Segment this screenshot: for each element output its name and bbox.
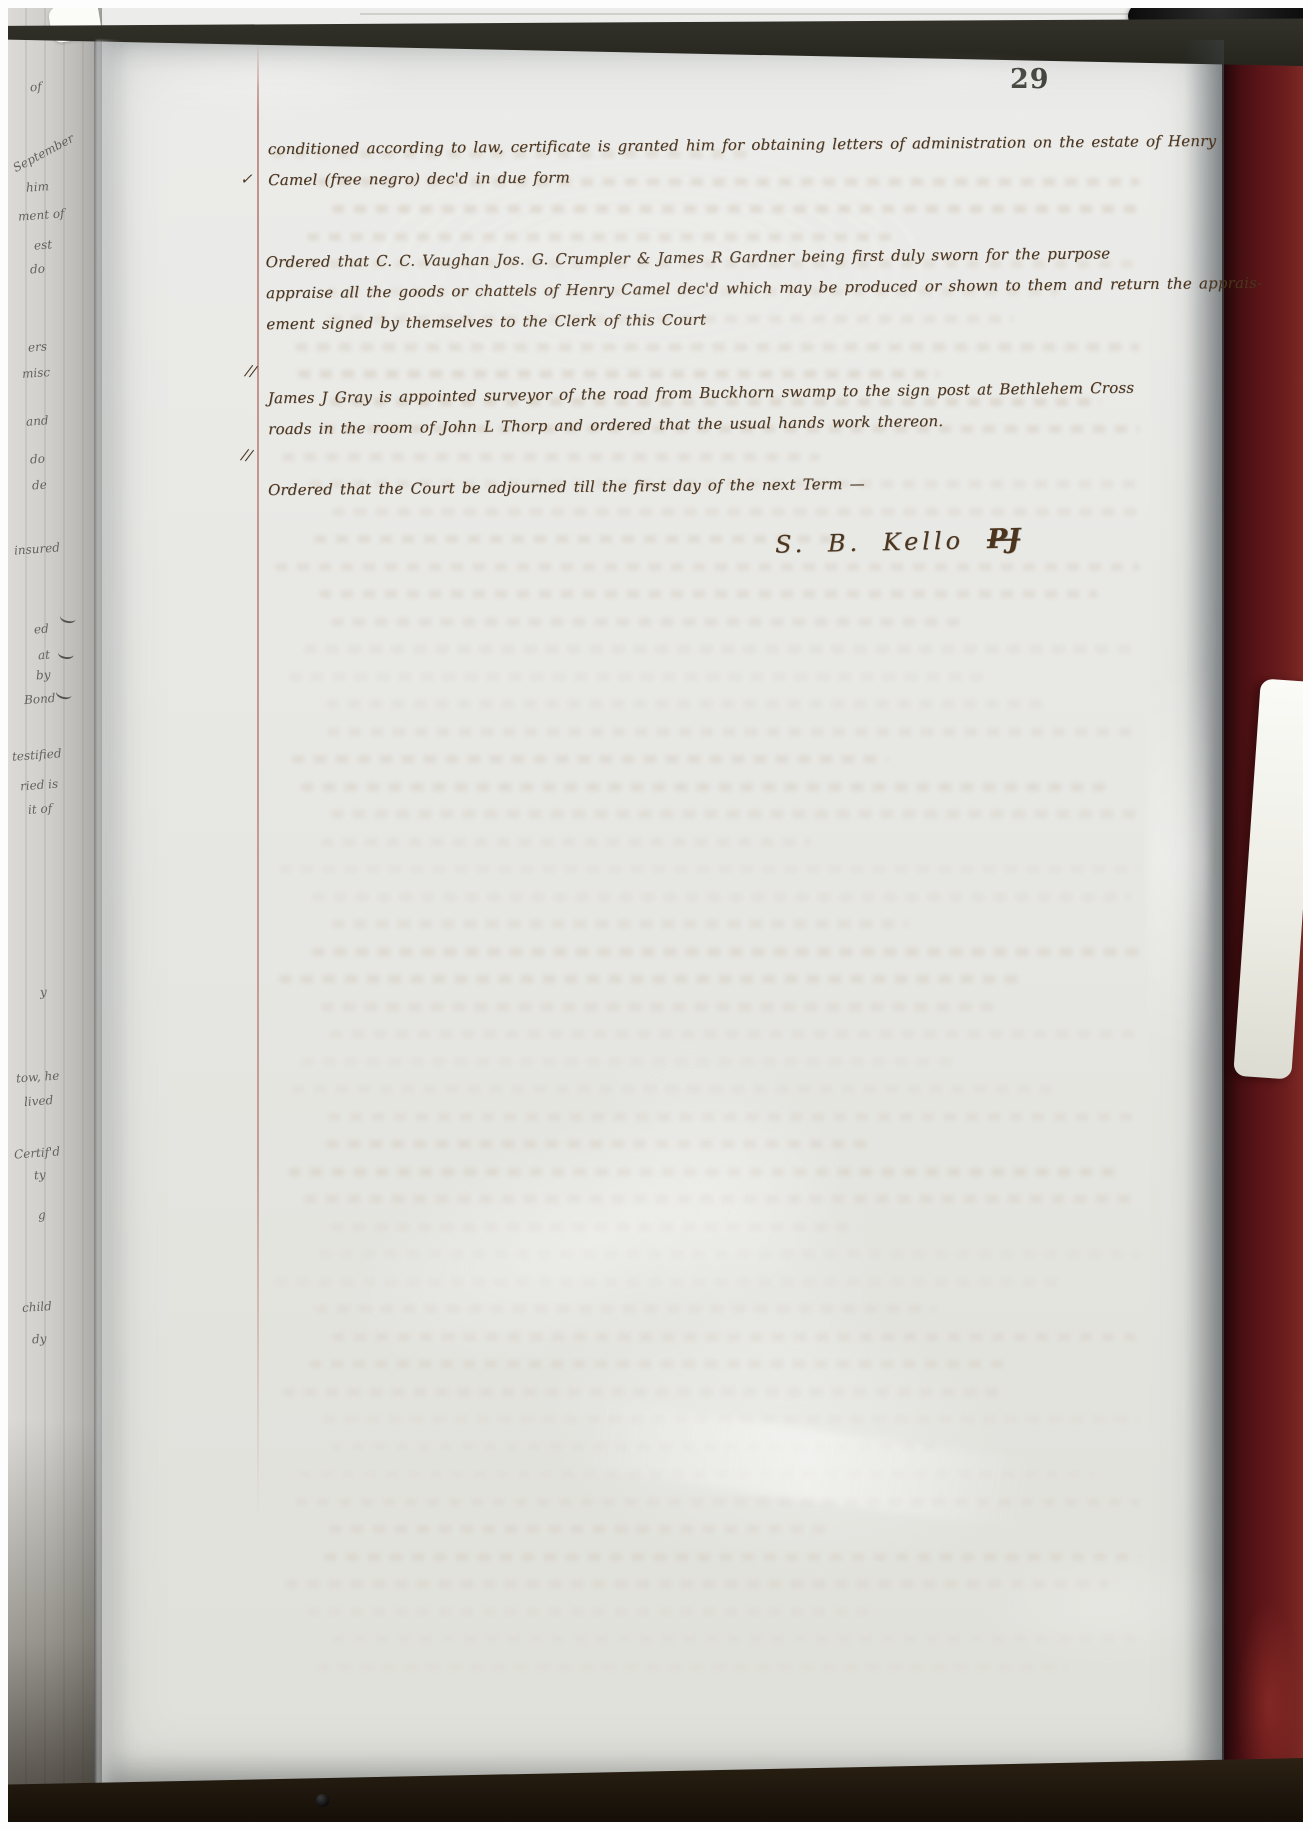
margin-rule-line [257, 44, 259, 1524]
backdrop-edge-line [360, 13, 1140, 15]
entry-adjournment: Ordered that the Court be adjourned till… [268, 469, 865, 506]
entry-surveyor-appointment: James J Gray is appointed surveyor of th… [268, 373, 1135, 446]
handwritten-line: Ordered that the Court be adjourned till… [268, 469, 865, 506]
left-page-shadow [8, 1420, 102, 1822]
entry-appraisal-order: Ordered that C. C. Vaughan Jos. G. Crump… [266, 237, 1263, 340]
binding-screw [316, 1794, 329, 1807]
signature-title: PJ [987, 523, 1021, 555]
spine-glare [96, 40, 124, 1785]
margin-mark: ✓ [240, 170, 253, 188]
signature-name: S. B. Kello [775, 527, 965, 559]
photo-frame: ofSeptemberhimment ofestdoersmiscanddode… [0, 0, 1311, 1830]
page-number: 29 [1010, 64, 1050, 95]
entry-administration: conditioned according to law, certificat… [268, 126, 1217, 196]
clerk-signature: S. B. Kello PJ [775, 523, 1021, 559]
